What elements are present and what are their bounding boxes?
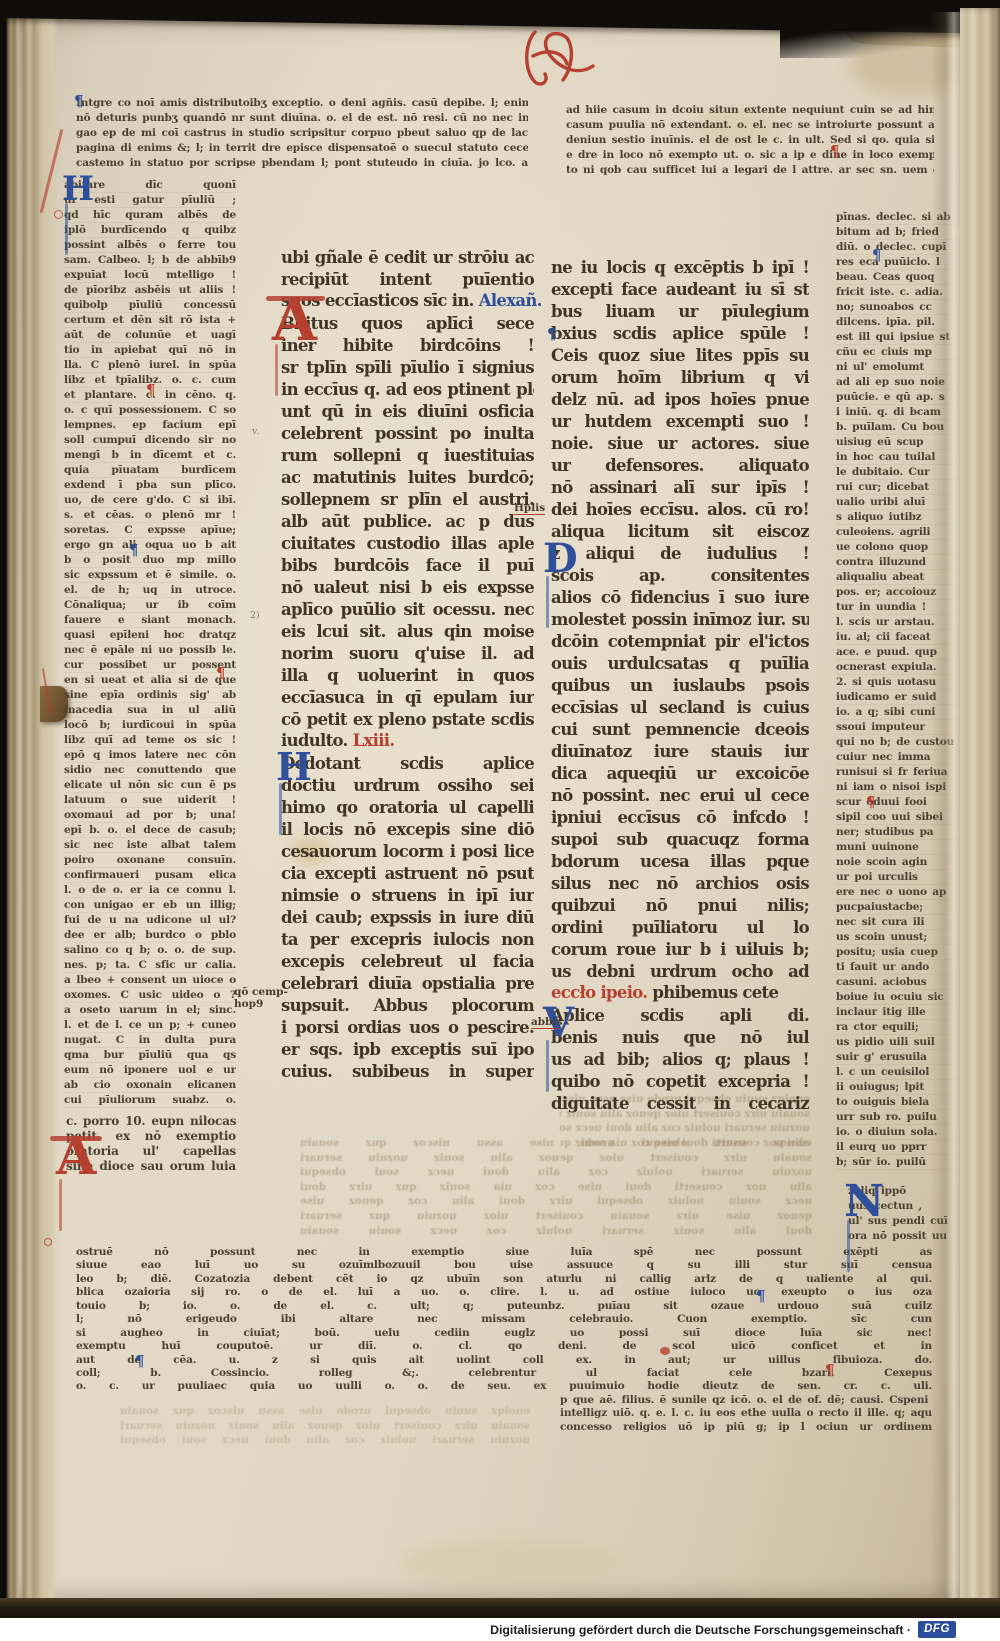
manuscript-line: ur hutdem excempti suo ! <box>551 411 809 433</box>
manuscript-line: salino co q b; o. o. de sup. <box>64 943 236 958</box>
paraph-mark-blue: ¶ <box>872 246 882 264</box>
manuscript-line: latuum o sue uiderit ! <box>64 793 236 808</box>
note-line: hop9 <box>234 998 263 1010</box>
manuscript-line: lempnes. ep facium epī <box>64 418 236 433</box>
manuscript-line: p que aē. filius. ē sunile qz icō. o. el… <box>560 1394 932 1407</box>
manuscript-line: cui sunt pemnencie dceois <box>551 719 809 741</box>
manuscript-line: er sqs. ipb exceptis suī ipo <box>281 1039 534 1061</box>
marginal-note-abbis: abbis <box>531 1016 562 1029</box>
manuscript-line: quibzui nō pnui nilis; <box>551 895 809 917</box>
manuscript-line: dcōin cotempniat pir el'ictos <box>551 631 809 653</box>
manuscript-line: aliqua licitum sit eiscoz <box>551 521 809 543</box>
manuscript-line: i porsi ordias uos o pescire. <box>281 1017 534 1039</box>
manuscript-line: castemo in statuo por scripse pbendam l;… <box>76 156 528 171</box>
manuscript-line: soretas. C expsse apīue; <box>64 523 236 538</box>
manuscript-line: poiro oxonane consuīn. <box>64 853 236 868</box>
manuscript-line: il locis nō excepis sine diō <box>281 819 534 841</box>
manuscript-line: leo b; diē. Cozatozia debent cēt io qz u… <box>76 1273 932 1286</box>
manuscript-line: ab cio oxonain elicanen <box>64 1078 236 1093</box>
rubric-word: Alexañ. <box>479 291 542 310</box>
manuscript-line: soll cumpuī dicendo sir no <box>64 433 236 448</box>
manuscript-line: inacedia sua in ul aliū <box>64 703 236 718</box>
manuscript-line: exdend ī pba sun plīco. <box>64 478 236 493</box>
manuscript-line: norim suoru q'uise il. ad <box>281 643 534 665</box>
red-ink-dot <box>54 210 63 219</box>
manuscript-line: fui de u na udicone ul ul? <box>64 913 236 928</box>
manuscript-line: el. de h; uq in utroce. <box>64 583 236 598</box>
manuscript-line: cia excepti astruent nō psut <box>281 863 534 885</box>
manuscript-line: eccīasuca in qī epulam iur <box>281 687 534 709</box>
marginal-tick: 2) <box>250 610 260 621</box>
manuscript-line: aūt de colunūe et uagī <box>64 328 236 343</box>
manuscript-line: si augheo in ciuīat; boū. uelu cediin eu… <box>76 1327 932 1340</box>
manuscript-line: mengī b in dīcemt et c. <box>64 448 236 463</box>
manuscript-line: aliu uoz couserti doui uise coz uia soui… <box>560 1136 810 1151</box>
manuscript-line: ac matutinis luites burdcō; <box>281 467 534 489</box>
manuscript-line: sidio nec conuttendo que <box>64 763 236 778</box>
manuscript-line: quasi epīleni hoc dratqz <box>64 628 236 643</box>
manuscript-line: aliu uoz couserti doui uise coz uia soui… <box>300 1180 812 1195</box>
manuscript-line: eis lcui sit. alus qin moise <box>281 621 534 643</box>
manuscript-line: diguitate cessit in cecariz <box>551 1093 809 1115</box>
manuscript-line: cui pīuliorum suabz. o. <box>64 1093 236 1108</box>
paraph-mark-red: ¶ <box>216 664 226 682</box>
manuscript-line: excepis celebreut ul facia <box>281 951 534 973</box>
manuscript-line: Cōnaliqua; ur ib coīm <box>64 598 236 613</box>
manuscript-line: illa q uoluerint in quos <box>281 665 534 687</box>
manuscript-line: uo, de cere g'do. C si ibī. <box>64 493 236 508</box>
manuscript-line: Intgre co noī amis distributoibʒ excepti… <box>76 96 528 111</box>
manuscript-line: dei caub; expssis in iure diū <box>281 907 534 929</box>
manuscript-line: iplō burdīcendo q quibz <box>64 223 236 238</box>
manuscript-line: certum et dēn sit rō ista + <box>64 313 236 328</box>
manuscript-line: eccīsias ul secland is cuius <box>551 697 809 719</box>
manuscript-line: cuius. subibeus in super <box>281 1061 534 1083</box>
manuscript-line: us debni urdrum ocho ad <box>551 961 809 983</box>
manuscript-line: siuue eao luī uo su ozuīmlbozuuil bou ui… <box>76 1259 932 1272</box>
manuscript-line: aplīco puūlio sit ocessu. nec <box>281 599 534 621</box>
manuscript-line: o. c. ur puuliaec quia uo uulli o. o. de… <box>76 1380 932 1393</box>
page-fold-crease <box>930 12 964 1600</box>
dfg-logo: DFG <box>918 1621 956 1638</box>
manuscript-line: uozuiu seruari uoluiz coz aliu doui uecz… <box>560 1121 810 1136</box>
manuscript-line: iner hibite birdcōins ! <box>281 335 534 357</box>
manuscript-line: corum roue iur b i uiluis b; <box>551 939 809 961</box>
manuscript-line: z aliqui de iudulius ! <box>551 543 809 565</box>
marginal-note-iplis: Hplis <box>514 502 545 515</box>
manuscript-line: epī b. o. el dece de casub; <box>64 823 236 838</box>
manuscript-line: Ceis quoz siue lites ppīs su <box>551 345 809 367</box>
marginal-note-qo: qō cemp-hop9 <box>234 986 288 1010</box>
manuscript-line: ouis urdulcsatas q puīlia <box>551 653 809 675</box>
paraph-mark-blue: ¶ <box>129 541 139 559</box>
manuscript-line: silus nec nō archios osis <box>551 873 809 895</box>
note-line: qō cemp- <box>234 986 288 998</box>
manuscript-line: casum puulia nō extendant. o. el. nec se… <box>566 118 934 133</box>
paraph-mark-blue: ¶ <box>74 92 84 110</box>
manuscript-line: Aplice scdis apli di. <box>551 1005 809 1027</box>
manuscript-line: oxomes. C usic uideo o ? <box>64 988 236 1003</box>
line-text: phibemus cete <box>652 983 778 1002</box>
manuscript-line: confirmaueri pusam elica <box>64 868 236 883</box>
marginal-tick: v. <box>252 426 259 437</box>
paraph-mark-red: ¶ <box>866 793 876 811</box>
manuscript-line: locō b; iurdīcoui in spūa <box>64 718 236 733</box>
manuscript-line: cō petit ex pleno pstate scdis <box>281 709 534 731</box>
paraph-mark-blue: ¶ <box>756 1287 766 1305</box>
manuscript-line: ur defensores. aliquato <box>551 455 809 477</box>
manuscript-line: ta per excepris iulocis non <box>281 929 534 951</box>
manuscript-line: aliu uoz couserti doui uise coz uia soui… <box>120 1448 530 1449</box>
manuscript-line: euoiqz suuiu obsequi urodo uise assu uis… <box>120 1404 530 1419</box>
attribution-bar: Digitalisierung gefördert durch die Deut… <box>0 1618 1000 1641</box>
manuscript-line: alb aūt publice. ac p dus <box>281 511 534 533</box>
paraph-mark-red: ¶ <box>146 381 156 399</box>
manuscript-line: doctiu urdrum ossiho sei <box>281 775 534 797</box>
manuscript-line: noie. siue ur actores. siue <box>551 433 809 455</box>
manuscript-line: bus liuam ur pīulegium <box>551 301 809 323</box>
manuscript-line: sam. Calbeo. l; b de abbīb9 <box>64 253 236 268</box>
manuscript-line: elicate ul nōn sic cun ē ps <box>64 778 236 793</box>
manuscript-line: l. o de o. er ia ce connu l. <box>64 883 236 898</box>
manuscript-line: nec ē epāle ni uo possib le. <box>64 643 236 658</box>
manuscript-line: quibo nō copetit excepria ! <box>551 1071 809 1093</box>
initial-h-blue: H <box>62 174 94 205</box>
manuscript-line: souaiu uirz couisert uioz qeuoz aliu sou… <box>120 1419 530 1434</box>
manuscript-line: nō possint. nec erui ul cece <box>551 785 809 807</box>
gloss-top-left: Intgre co noī amis distributoibʒ excepti… <box>76 96 528 171</box>
manuscript-line: deniun sestio inuīnis. el de ost le c. i… <box>566 133 934 148</box>
manuscript-line: fauere e siant monach. <box>64 613 236 628</box>
manuscript-line: alios cō fidencius ī suo iure <box>551 587 809 609</box>
manuscript-line: recipiūt intent puīentio <box>281 269 534 291</box>
manuscript-line: s. et cēas. o plenō mr ! <box>64 508 236 523</box>
manuscript-line: nimsie o struens in ipī iur <box>281 885 534 907</box>
manuscript-line: oxomaui ad por b; una! <box>64 808 236 823</box>
initial-a-red: A <box>272 294 317 346</box>
manuscript-line: concesso religios uō ip piū g; ip l ociu… <box>560 1421 932 1434</box>
manuscript-line: bdorum ucesa illas pque <box>551 851 809 873</box>
red-ink-blot <box>660 1347 670 1355</box>
manuscript-line: delz nū. ad ipos hoīes pnue <box>551 389 809 411</box>
manuscript-line: intelligz uiō. q. e. l. c. iu eos ethe u… <box>560 1407 932 1420</box>
manuscript-line: coll; b. Cossincio. rolleg &;. celebrent… <box>76 1367 932 1380</box>
manuscript-line: ad hiie casum in dcoiu situn extente neq… <box>566 103 934 118</box>
manuscript-line: cur possibet ur possent <box>64 658 236 673</box>
manuscript-line: lla. C plenō iurel. in spūa <box>64 358 236 373</box>
manuscript-line: supoi sub quacuqz forma <box>551 829 809 851</box>
manuscript-line: gao ep de mi coī castrus in studio scrip… <box>76 126 528 141</box>
bleedthrough-text: euoiqz suuiu obsequi urodo uise assu uis… <box>120 1404 530 1449</box>
manuscript-line: nō assinari alī sur ipīs ! <box>551 477 809 499</box>
manuscript-line: b o posit duo mp millo <box>64 553 236 568</box>
paraph-mark-red: ¶ <box>825 1361 835 1379</box>
manuscript-line: ordini puīliatoru ul lo <box>551 917 809 939</box>
initial-a-red-margin: A <box>56 1134 96 1181</box>
manuscript-line: unt qū in eis diuīni osficia <box>281 401 534 423</box>
manuscript-line: celebrari diuīa opstialia pre <box>281 973 534 995</box>
manuscript-line: himo qo oratoria ul capelli <box>281 797 534 819</box>
manuscript-line: en si ueat et alia si de que <box>64 673 236 688</box>
manuscript-line: orum hoīm librium q vi <box>551 367 809 389</box>
photo-background-bottom <box>0 1598 1000 1620</box>
initial-n-blue: N <box>844 1182 884 1222</box>
manuscript-line: sine epīa ordinis sig' ab <box>64 688 236 703</box>
manuscript-line: ostruē nō possunt nec in exemptio siue l… <box>76 1246 932 1259</box>
manuscript-line: epō q imos latere nec cōn <box>64 748 236 763</box>
manuscript-line: sic nec iste albat talem <box>64 838 236 853</box>
manuscript-line: molestet possin inīmoz iur. suoz <box>551 609 809 631</box>
manuscript-line: uozuiu seruari uoluiz coz aliu doui uecz… <box>300 1165 812 1180</box>
manuscript-line: bibs burdcōis face il puī <box>281 555 534 577</box>
manuscript-line: qd hīc quram albēs de <box>64 208 236 223</box>
manuscript-line: quia pīuatam burdīcem <box>64 463 236 478</box>
red-flourish-icon <box>505 26 601 90</box>
gloss-bottom-tail: p que aē. filius. ē sunile qz icō. o. el… <box>560 1394 932 1434</box>
manuscript-line: quibus un iuslaubs psois <box>551 675 809 697</box>
manuscript-line: o. c quī possessionem. C so <box>64 403 236 418</box>
manuscript-line: dica aqueqiū ur excoicōe <box>551 763 809 785</box>
page-edges-stack <box>960 8 1000 1604</box>
gloss-margin-left: abitare dīc quonī ur esti gatur pīuliū ;… <box>64 178 236 1108</box>
manuscript-line: scois ap. consitentes <box>551 565 809 587</box>
manuscript-line: souaiu uirz couisert uioz qeuoz aliu sou… <box>300 1151 812 1166</box>
manuscript-line: eum nō iponere uol e ur <box>64 1063 236 1078</box>
manuscript-line: uecz souiu uoluiz obsequi uirz doui aliu… <box>300 1194 812 1209</box>
manuscript-line: a lbeo + consent un uioce o <box>64 973 236 988</box>
manuscript-line: de pīoribz asbēis ut aliis ! <box>64 283 236 298</box>
manuscript-line: supsuit. Abbus plocorum <box>281 995 534 1017</box>
manuscript-line: libz quī ad teme os sic ! <box>64 733 236 748</box>
manuscript-line: e dre in loco nō exempto ut. o. sic a ip… <box>566 148 934 163</box>
paraph-mark-blue: ¶ <box>547 325 557 343</box>
manuscript-line: expuīat locū mtelligo ! <box>64 268 236 283</box>
book-gutter-left <box>0 0 58 1600</box>
manuscript-line: nugat. C in dulta pura <box>64 1033 236 1048</box>
manuscript-line: ciuitates custodio illas aple <box>281 533 534 555</box>
manuscript-line: uecz souiu uoluiz obsequi uirz doui aliu… <box>560 1150 810 1152</box>
manuscript-line: pagina di enims &; l; in territ dre epis… <box>76 141 528 156</box>
manuscript-line: touio b; io. o. de el. c. ult; q; puteun… <box>76 1300 932 1313</box>
parchment-stain <box>400 1540 620 1584</box>
manuscript-line: cesauorum locorm i posi lice <box>281 841 534 863</box>
manuscript-line: diuīnatoz iure stauis iur <box>551 741 809 763</box>
text-column-left: ubi gñale ē cedit ur strōiu acrecipiūt i… <box>281 247 534 1083</box>
initial-h-blue-column1: H <box>276 750 312 784</box>
manuscript-line: l; nō erigeudo ibi altare nec missam cel… <box>76 1313 932 1326</box>
manuscript-line: celebrent possint po inulta <box>281 423 534 445</box>
manuscript-line: uozuiu seruari uoluiz coz aliu doui uecz… <box>120 1433 530 1448</box>
initial-d-blue: D <box>543 541 578 577</box>
manuscript-line: qeuoz uise uirz souaiu couisert uioz uoz… <box>300 1209 812 1224</box>
manuscript-line: us ad bib; alios q; plaus ! <box>551 1049 809 1071</box>
paraph-mark-red: ¶ <box>830 142 840 160</box>
manuscript-line: ergo gn ali oqua uo b ait <box>64 538 236 553</box>
manuscript-line: rum sollepni q iuestituias <box>281 445 534 467</box>
chapter-number: Lxiii. <box>353 731 395 750</box>
gloss-bottom: ostruē nō possunt nec in exemptio siue l… <box>76 1246 932 1394</box>
rubricated-line: eccło ipeio. phibemus cete <box>551 983 778 1002</box>
manuscript-line: l. et de l. ce un p; + cuneo <box>64 1018 236 1033</box>
manuscript-line: in eccīus q. ad eos ptinent pleō <box>281 379 534 401</box>
manuscript-line: exemptu huī couputoē. ur diī. o. cl. qo … <box>76 1340 932 1353</box>
manuscript-line: tio in apiebat quī nō in <box>64 343 236 358</box>
manuscript-line: doui aliu souiz seruari uoluiz coz uecz … <box>300 1224 812 1239</box>
manuscript-line: con unigao er eb un illig; <box>64 898 236 913</box>
manuscript-line: qma bur pīuliū qua qs <box>64 1048 236 1063</box>
manuscript-line: excepti face audeant iu sī st <box>551 279 809 301</box>
attribution-text: Digitalisierung gefördert durch die Deut… <box>490 1623 911 1637</box>
red-ink-dot <box>44 1238 52 1246</box>
manuscript-line: bxius scdis aplice spūle ! <box>551 323 809 345</box>
manuscript-line: to ni qob cau sufficet lui a legari de l… <box>566 163 934 178</box>
gloss-top-right: ad hiie casum in dcoiu situn extente neq… <box>566 103 934 178</box>
manuscript-photo: euoiqz suuiu obsequi urodo uise assu uis… <box>0 0 1000 1641</box>
manuscript-line: quibolp pīuliū concessū <box>64 298 236 313</box>
manuscript-line: aut de cēa. u. z si quis ait uolint coll… <box>76 1354 932 1367</box>
manuscript-line: sollepnem sr plīn el austri. <box>281 489 534 511</box>
manuscript-line: sr tplīn spīli pīulio ī signius <box>281 357 534 379</box>
manuscript-line: ipniui eccīsus cō infcdo ! <box>551 807 809 829</box>
manuscript-line: nes. p; ta. C sfic ur calia. <box>64 958 236 973</box>
manuscript-line: sic expssum et ē simile. o. <box>64 568 236 583</box>
manuscript-line: benis nuis que nō iul <box>551 1027 809 1049</box>
manuscript-line: blica ozaioria sij ro. o de el. luī a uo… <box>76 1286 932 1299</box>
manuscript-line: Ocdotant scdis aplice <box>281 753 534 775</box>
manuscript-line: nō ualeut nisi b eis expsse <box>281 577 534 599</box>
manuscript-line: Bbitus quos aplīci sece <box>281 313 534 335</box>
manuscript-line: nō deturis punbʒ quandō nr sunt diuīna. … <box>76 111 528 126</box>
paraph-mark-blue: ¶ <box>135 1352 145 1370</box>
manuscript-line: ubi gñale ē cedit ur strōiu ac <box>281 247 534 269</box>
manuscript-line: ne iu locis q excēptis b ipī ! <box>551 257 809 279</box>
manuscript-line: dee er alb; burdco o pblo <box>64 928 236 943</box>
manuscript-line: dei hoīes eccīsu. alos. cū ro! <box>551 499 809 521</box>
manuscript-line: possint albēs o ferre tou <box>64 238 236 253</box>
manuscript-line: a oseto uarum in el; sinc. <box>64 1003 236 1018</box>
